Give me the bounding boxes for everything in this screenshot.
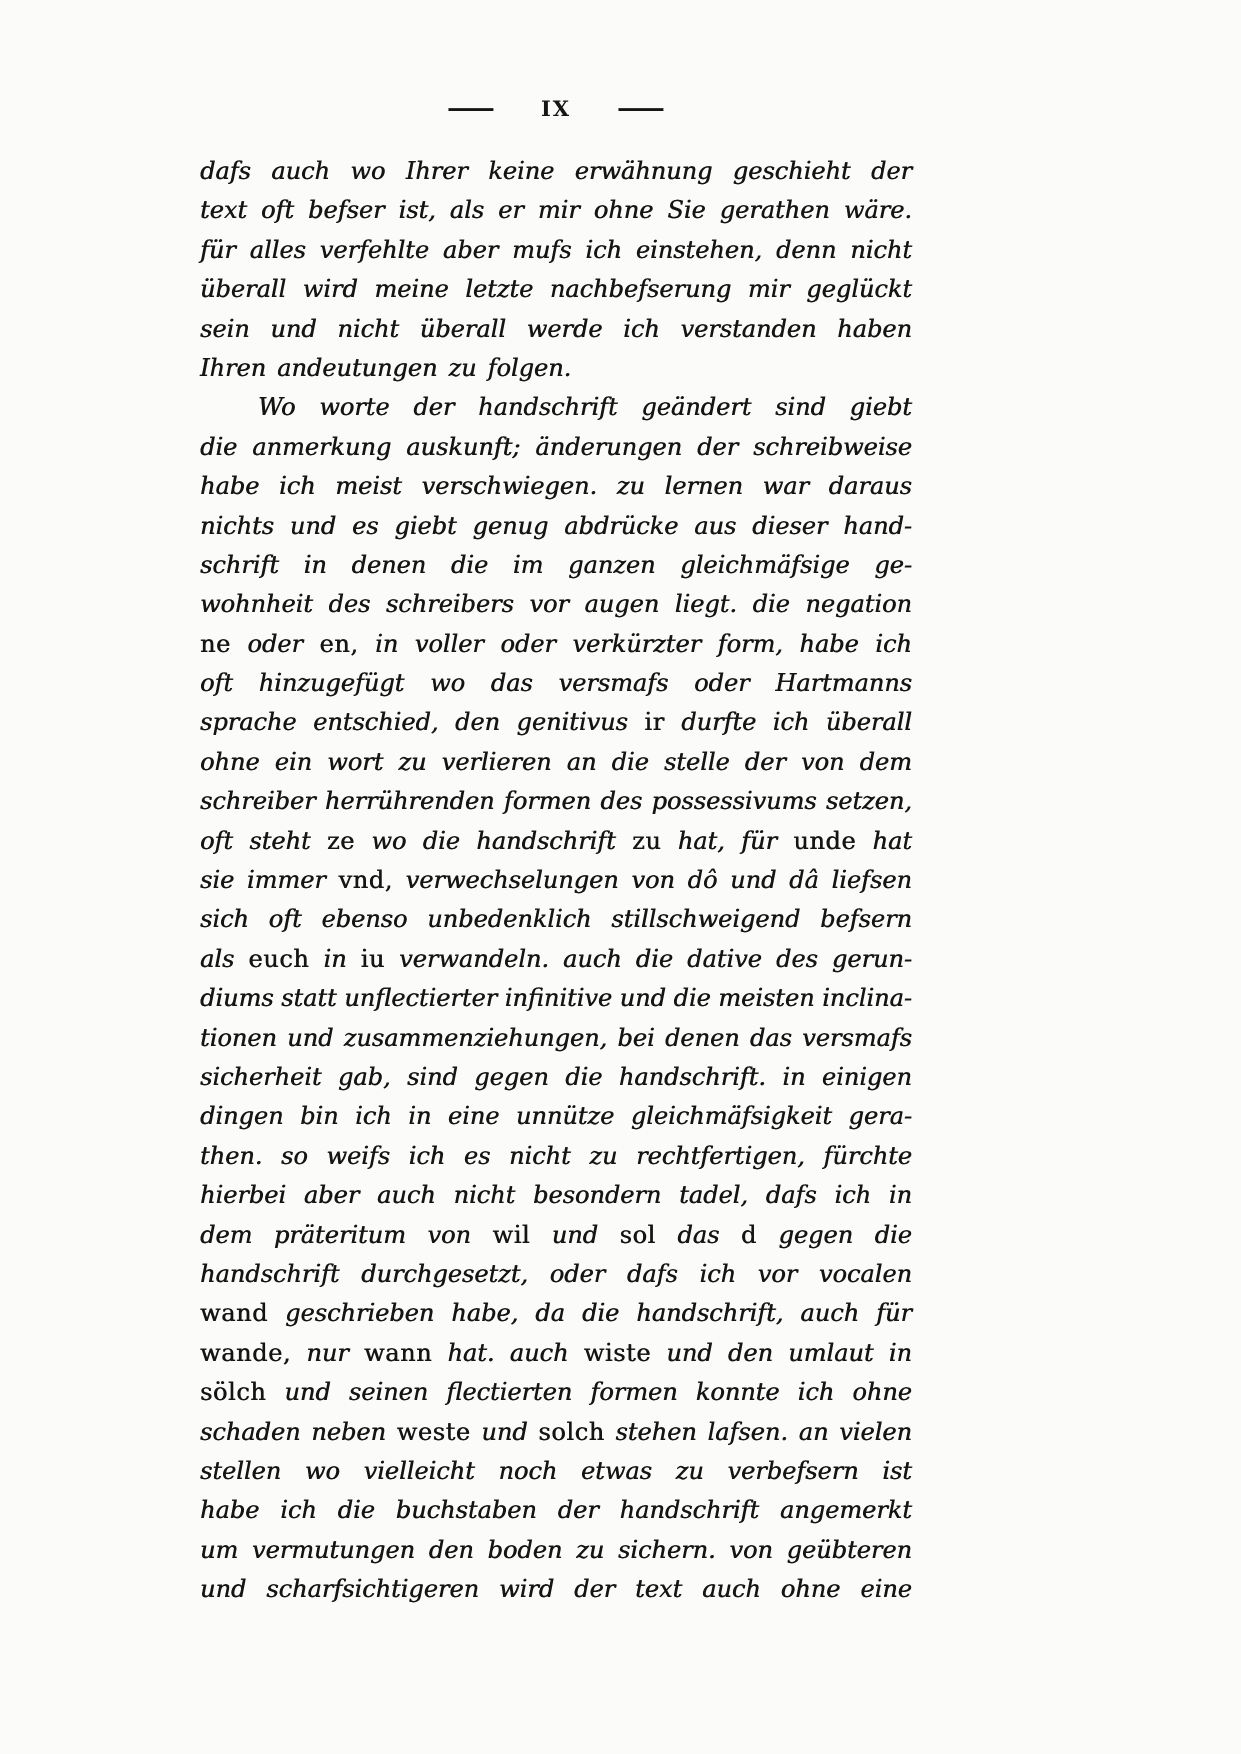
word: den xyxy=(728,1334,773,1373)
word: durfte xyxy=(681,703,756,742)
word: des xyxy=(600,782,642,821)
word: wo xyxy=(350,152,385,191)
word: da xyxy=(535,1294,565,1333)
word: gleichmäfsige xyxy=(680,546,849,585)
word: in xyxy=(408,1097,431,1136)
emphasized-word: solch xyxy=(538,1413,604,1452)
word: aber xyxy=(304,1176,359,1215)
word: meisten xyxy=(718,979,814,1018)
word: handschrift xyxy=(620,1491,759,1530)
word: werde xyxy=(527,310,603,349)
word: wo xyxy=(371,822,406,861)
word: ein xyxy=(275,743,312,782)
word: dieser xyxy=(752,507,827,546)
word: als xyxy=(200,940,234,979)
word: schaden xyxy=(200,1413,301,1452)
emphasized-word: zu xyxy=(632,822,661,861)
word: in xyxy=(323,940,346,979)
text-line: sölchundseinenflectiertenformenkonnteich… xyxy=(200,1373,912,1412)
text-line: stellenwovielleichtnochetwaszuverbefsern… xyxy=(200,1452,912,1491)
word: vor xyxy=(758,1255,797,1294)
word: durchgesetzt, xyxy=(361,1255,528,1294)
word: es xyxy=(464,1137,491,1176)
word: abdrücke xyxy=(564,507,678,546)
emphasized-word: weste xyxy=(397,1413,471,1452)
word: steht xyxy=(249,822,310,861)
word: wo xyxy=(305,1452,340,1491)
word: hand- xyxy=(843,507,912,546)
word: mir xyxy=(748,270,790,309)
word: zu xyxy=(589,1137,617,1176)
text-line: schreiberherrührendenformendespossessivu… xyxy=(200,782,912,821)
word: worte xyxy=(319,388,389,427)
word: sprache xyxy=(200,703,297,742)
word: giebt xyxy=(394,507,456,546)
word: then. xyxy=(200,1137,262,1176)
word: formen xyxy=(504,782,591,821)
text-line: Ihrenandeutungenzufolgen. xyxy=(200,349,912,388)
text-line: dieanmerkungauskunft;änderungenderschrei… xyxy=(200,428,912,467)
word: ich xyxy=(585,231,622,270)
word: schreibweise xyxy=(753,428,912,467)
word: von xyxy=(631,861,674,900)
word: zu xyxy=(448,349,476,388)
text-line: ohneeinwortzuverlierenandiestelledervond… xyxy=(200,743,912,782)
text-line: neoderen,involleroderverkürzterform,habe… xyxy=(200,625,912,664)
word: einigen xyxy=(822,1058,912,1097)
word: meine xyxy=(374,270,448,309)
word: die xyxy=(451,546,488,585)
emphasized-word: ir xyxy=(644,703,664,742)
word: schreiber xyxy=(200,782,316,821)
text-line: schriftindenendieimganzengleichmäfsigege… xyxy=(200,546,912,585)
word: dem xyxy=(860,743,912,782)
emphasized-word: wann xyxy=(364,1334,432,1373)
word: sich xyxy=(200,900,249,939)
word: ist xyxy=(882,1452,912,1491)
word: die xyxy=(612,743,649,782)
word: ich xyxy=(279,467,316,506)
word: handschrift xyxy=(478,388,617,427)
word: besondern xyxy=(533,1176,661,1215)
text-line: hierbeiaberauchnichtbesonderntadel,dafsi… xyxy=(200,1176,912,1215)
word: vocalen xyxy=(819,1255,912,1294)
word: stehen xyxy=(615,1413,696,1452)
word: fürchte xyxy=(823,1137,912,1176)
word: auch xyxy=(800,1294,859,1333)
word: hat, xyxy=(678,822,725,861)
word: die xyxy=(753,585,790,624)
emphasized-word: wand xyxy=(200,1294,268,1333)
text-line: überallwirdmeineletztenachbefserungmirge… xyxy=(200,270,912,309)
word: stillschweigend xyxy=(611,900,800,939)
word: Ihrer xyxy=(406,152,468,191)
word: voller xyxy=(415,625,484,664)
word: stelle xyxy=(664,743,730,782)
emphasized-word: vnd, xyxy=(339,861,393,900)
word: verkürzter xyxy=(572,625,701,664)
word: tadel, xyxy=(679,1176,748,1215)
word: diums xyxy=(200,979,274,1018)
word: oder xyxy=(694,664,750,703)
word: folgen. xyxy=(488,349,572,388)
word: gab, xyxy=(338,1058,391,1097)
word: aus xyxy=(694,507,736,546)
word: auch xyxy=(510,1334,569,1373)
word: ich xyxy=(773,703,810,742)
word: hierbei xyxy=(200,1176,286,1215)
word: von xyxy=(729,1531,772,1570)
word: aber xyxy=(443,231,498,270)
emphasized-word: wil xyxy=(492,1216,530,1255)
word: zu xyxy=(617,467,645,506)
word: versmafs xyxy=(802,1019,912,1058)
word: habe xyxy=(200,467,259,506)
word: formen xyxy=(590,1373,677,1412)
word: ohne xyxy=(781,1570,841,1609)
emphasized-word: en, xyxy=(319,625,358,664)
word: die xyxy=(673,979,710,1018)
word: unbedenklich xyxy=(427,900,591,939)
text-line: habeichmeistverschwiegen.zulernenwardara… xyxy=(200,467,912,506)
running-head: — IX — xyxy=(200,96,912,120)
word: einstehen, xyxy=(636,231,762,270)
word: geschrieben xyxy=(285,1294,434,1333)
word: wäre. xyxy=(844,191,912,230)
word: denen xyxy=(352,546,427,585)
word: für xyxy=(200,231,236,270)
word: tionen xyxy=(200,1019,277,1058)
word: schrift xyxy=(200,546,279,585)
word: ich xyxy=(280,1491,317,1530)
word: der xyxy=(558,1491,599,1530)
text-line: wohnheitdesschreibersvoraugenliegt.diene… xyxy=(200,585,912,624)
word: letzte xyxy=(465,270,533,309)
word: nur xyxy=(306,1334,348,1373)
word: oder xyxy=(500,625,556,664)
word: überall xyxy=(826,703,912,742)
word: vielen xyxy=(839,1413,912,1452)
word: denn xyxy=(776,231,836,270)
word: anmerkung xyxy=(252,428,391,467)
word: seinen xyxy=(349,1373,428,1412)
emphasized-word: euch xyxy=(248,940,309,979)
word: sein xyxy=(200,310,250,349)
emphasized-word: iu xyxy=(361,940,385,979)
word: noch xyxy=(498,1452,557,1491)
word: wird xyxy=(499,1570,554,1609)
word: dâ xyxy=(789,861,819,900)
word: und xyxy=(284,1373,330,1412)
word: bei xyxy=(617,1019,654,1058)
word: ist, xyxy=(399,191,436,230)
word: nichts xyxy=(200,507,274,546)
word: genug xyxy=(473,507,549,546)
word: den xyxy=(455,703,500,742)
word: um xyxy=(200,1531,238,1570)
word: das xyxy=(677,1216,719,1255)
word: und xyxy=(287,1019,333,1058)
word: gegen xyxy=(474,1058,549,1097)
word: und xyxy=(481,1413,527,1452)
emphasized-word: ze xyxy=(327,822,355,861)
word: sicherheit xyxy=(200,1058,322,1097)
word: geschieht xyxy=(733,152,851,191)
word: war xyxy=(763,467,809,506)
word: umlaut xyxy=(788,1334,873,1373)
word: vielleicht xyxy=(364,1452,475,1491)
word: wo xyxy=(430,664,465,703)
word: befsern xyxy=(820,900,912,939)
text-line: dempräteritumvonwilundsoldasdgegendie xyxy=(200,1216,912,1255)
word: in xyxy=(375,625,398,664)
text-line: wandgeschriebenhabe,dadiehandschrift,auc… xyxy=(200,1294,912,1333)
text-line: Wowortederhandschriftgeändertsindgiebt xyxy=(200,388,912,427)
word: meist xyxy=(335,467,402,506)
word: daraus xyxy=(829,467,912,506)
word: und xyxy=(270,310,316,349)
word: unflectierter xyxy=(344,979,497,1018)
word: habe xyxy=(799,625,858,664)
word: verstanden xyxy=(680,310,816,349)
word: augen xyxy=(584,585,659,624)
text-line: wande,nurwannhat.auchwisteunddenumlautin xyxy=(200,1334,912,1373)
word: verwechselungen xyxy=(406,861,619,900)
word: verlieren xyxy=(442,743,552,782)
word: der xyxy=(871,152,912,191)
word: liefsen xyxy=(832,861,912,900)
header-left-dash: — xyxy=(446,96,496,120)
word: infinitive xyxy=(505,979,612,1018)
word: änderungen xyxy=(535,428,682,467)
word: gerathen xyxy=(720,191,830,230)
word: sichern. xyxy=(618,1531,716,1570)
word: angemerkt xyxy=(780,1491,912,1530)
word: alles xyxy=(250,231,306,270)
word: denen xyxy=(665,1019,740,1058)
word: in xyxy=(889,1176,912,1215)
text-line: undscharfsichtigerenwirddertextauchohnee… xyxy=(200,1570,912,1609)
word: bin xyxy=(300,1097,339,1136)
page-number: IX xyxy=(541,98,571,119)
word: ich xyxy=(875,625,912,664)
word: gegen xyxy=(779,1216,854,1255)
word: dafs xyxy=(627,1255,678,1294)
word: Hartmanns xyxy=(775,664,912,703)
word: ohne xyxy=(200,743,260,782)
text-line: sichoftebensounbedenklichstillschweigend… xyxy=(200,900,912,939)
word: oder xyxy=(247,625,303,664)
emphasized-word: sölch xyxy=(200,1373,266,1412)
word: dafs xyxy=(766,1176,817,1215)
word: erwähnung xyxy=(575,152,713,191)
word: stellen xyxy=(200,1452,281,1491)
text-line: umvermutungendenbodenzusichern.vongeübte… xyxy=(200,1531,912,1570)
word: possessivums xyxy=(652,782,817,821)
word: ich xyxy=(409,1137,446,1176)
word: die xyxy=(636,940,673,979)
word: die xyxy=(565,1058,602,1097)
word: und xyxy=(730,861,776,900)
text-line: tionenundzusammenziehungen,beidenendasve… xyxy=(200,1019,912,1058)
word: für xyxy=(876,1294,912,1333)
word: haben xyxy=(837,310,912,349)
emphasized-word: ne xyxy=(200,625,231,664)
word: den xyxy=(429,1531,474,1570)
word: und xyxy=(620,979,666,1018)
word: auch xyxy=(563,940,622,979)
word: ich xyxy=(834,1176,871,1215)
word: ebenso xyxy=(321,900,407,939)
word: als xyxy=(450,191,484,230)
word: dative xyxy=(687,940,762,979)
word: und xyxy=(552,1216,598,1255)
word: ich xyxy=(355,1097,392,1136)
word: Sie xyxy=(667,191,705,230)
word: lafsen. xyxy=(707,1413,787,1452)
word: überall xyxy=(200,270,286,309)
word: verwandeln. xyxy=(399,940,549,979)
word: sind xyxy=(775,388,826,427)
emphasized-word: unde xyxy=(793,822,856,861)
word: habe xyxy=(200,1491,259,1530)
word: der xyxy=(574,1570,615,1609)
word: wohnheit xyxy=(200,585,313,624)
word: flectierten xyxy=(446,1373,572,1412)
word: des xyxy=(776,940,818,979)
word: der xyxy=(697,428,738,467)
scanned-page: — IX — dafsauchwoIhrerkeineerwähnunggesc… xyxy=(0,0,1241,1754)
text-line: alseuchiniuverwandeln.auchdiedativedesge… xyxy=(200,940,912,979)
word: schreibers xyxy=(386,585,514,624)
word: an xyxy=(799,1413,829,1452)
word: er xyxy=(498,191,524,230)
word: sind xyxy=(407,1058,458,1097)
word: nicht xyxy=(509,1137,571,1176)
word: versmafs xyxy=(559,664,669,703)
word: geübteren xyxy=(787,1531,912,1570)
word: oft xyxy=(200,664,233,703)
text-line: habeichdiebuchstabenderhandschriftangeme… xyxy=(200,1491,912,1530)
word: form, xyxy=(718,625,783,664)
word: ganzen xyxy=(568,546,655,585)
word: neben xyxy=(311,1413,386,1452)
word: handschrift. xyxy=(619,1058,766,1097)
word: zu xyxy=(398,743,426,782)
word: handschrift, xyxy=(636,1294,783,1333)
word: ge- xyxy=(874,546,912,585)
word: überall xyxy=(420,310,506,349)
word: negation xyxy=(805,585,912,624)
word: text xyxy=(635,1570,682,1609)
word: giebt xyxy=(850,388,912,427)
word: setzen, xyxy=(826,782,912,821)
text-line: spracheentschied,dengenitivusirdurfteich… xyxy=(200,703,912,742)
word: liegt. xyxy=(675,585,737,624)
word: wort xyxy=(327,743,383,782)
word: wird xyxy=(303,270,358,309)
text-line: ofthinzugefügtwodasversmafsoderHartmanns xyxy=(200,664,912,703)
text-line: seinundnichtüberallwerdeichverstandenhab… xyxy=(200,310,912,349)
word: verschwiegen. xyxy=(422,467,598,506)
word: oder xyxy=(550,1255,606,1294)
word: lernen xyxy=(665,467,743,506)
word: die xyxy=(200,428,237,467)
word: nachbefserung xyxy=(550,270,731,309)
word: ohne xyxy=(852,1373,912,1412)
text-line: sicherheitgab,sindgegendiehandschrift.in… xyxy=(200,1058,912,1097)
word: inclina- xyxy=(822,979,912,1018)
word: im xyxy=(513,546,543,585)
word: herrührenden xyxy=(325,782,495,821)
word: andeutungen xyxy=(277,349,437,388)
word: die xyxy=(582,1294,619,1333)
word: von xyxy=(427,1216,470,1255)
word: auch xyxy=(377,1176,436,1215)
word: gleichmäfsigkeit xyxy=(631,1097,832,1136)
word: geändert xyxy=(641,388,751,427)
emphasized-word: sol xyxy=(620,1216,656,1255)
word: ohne xyxy=(594,191,654,230)
word: oft xyxy=(269,900,302,939)
word: für xyxy=(741,822,777,861)
word: in xyxy=(304,546,327,585)
word: ich xyxy=(699,1255,736,1294)
word: so xyxy=(281,1137,308,1176)
word: des xyxy=(328,585,370,624)
word: mufs xyxy=(512,231,571,270)
word: eine xyxy=(860,1570,912,1609)
word: genitivus xyxy=(516,703,627,742)
word: boden xyxy=(488,1531,563,1570)
word: von xyxy=(801,743,844,782)
word: die xyxy=(875,1216,912,1255)
word: hat. xyxy=(447,1334,494,1373)
text-line: textoftbefserist,alsermirohneSiegerathen… xyxy=(200,191,912,230)
word: oft xyxy=(200,822,233,861)
word: der xyxy=(413,388,454,427)
word: oft xyxy=(261,191,294,230)
word: dô xyxy=(688,861,718,900)
word: dafs xyxy=(200,152,251,191)
word: und xyxy=(290,507,336,546)
word: die xyxy=(423,822,460,861)
word: ich xyxy=(798,1373,835,1412)
word: keine xyxy=(488,152,554,191)
text-line: dingenbinichineineunnützegleichmäfsigkei… xyxy=(200,1097,912,1136)
word: dingen xyxy=(200,1097,284,1136)
word: text xyxy=(200,191,247,230)
word: etwas xyxy=(581,1452,652,1491)
word: das xyxy=(491,664,533,703)
word: mir xyxy=(538,191,580,230)
word: auskunft; xyxy=(406,428,520,467)
word: geglückt xyxy=(806,270,912,309)
word: vermutungen xyxy=(252,1531,415,1570)
word: in xyxy=(782,1058,805,1097)
word: es xyxy=(352,507,379,546)
word: an xyxy=(567,743,597,782)
word: das xyxy=(750,1019,792,1058)
word: zu xyxy=(676,1452,704,1491)
word: scharfsichtigeren xyxy=(266,1570,479,1609)
word: statt xyxy=(281,979,337,1018)
word: nicht xyxy=(850,231,912,270)
text-line: fürallesverfehlteabermufsicheinstehen,de… xyxy=(200,231,912,270)
word: ich xyxy=(623,310,660,349)
word: und xyxy=(200,1570,246,1609)
emphasized-word: d xyxy=(741,1216,757,1255)
